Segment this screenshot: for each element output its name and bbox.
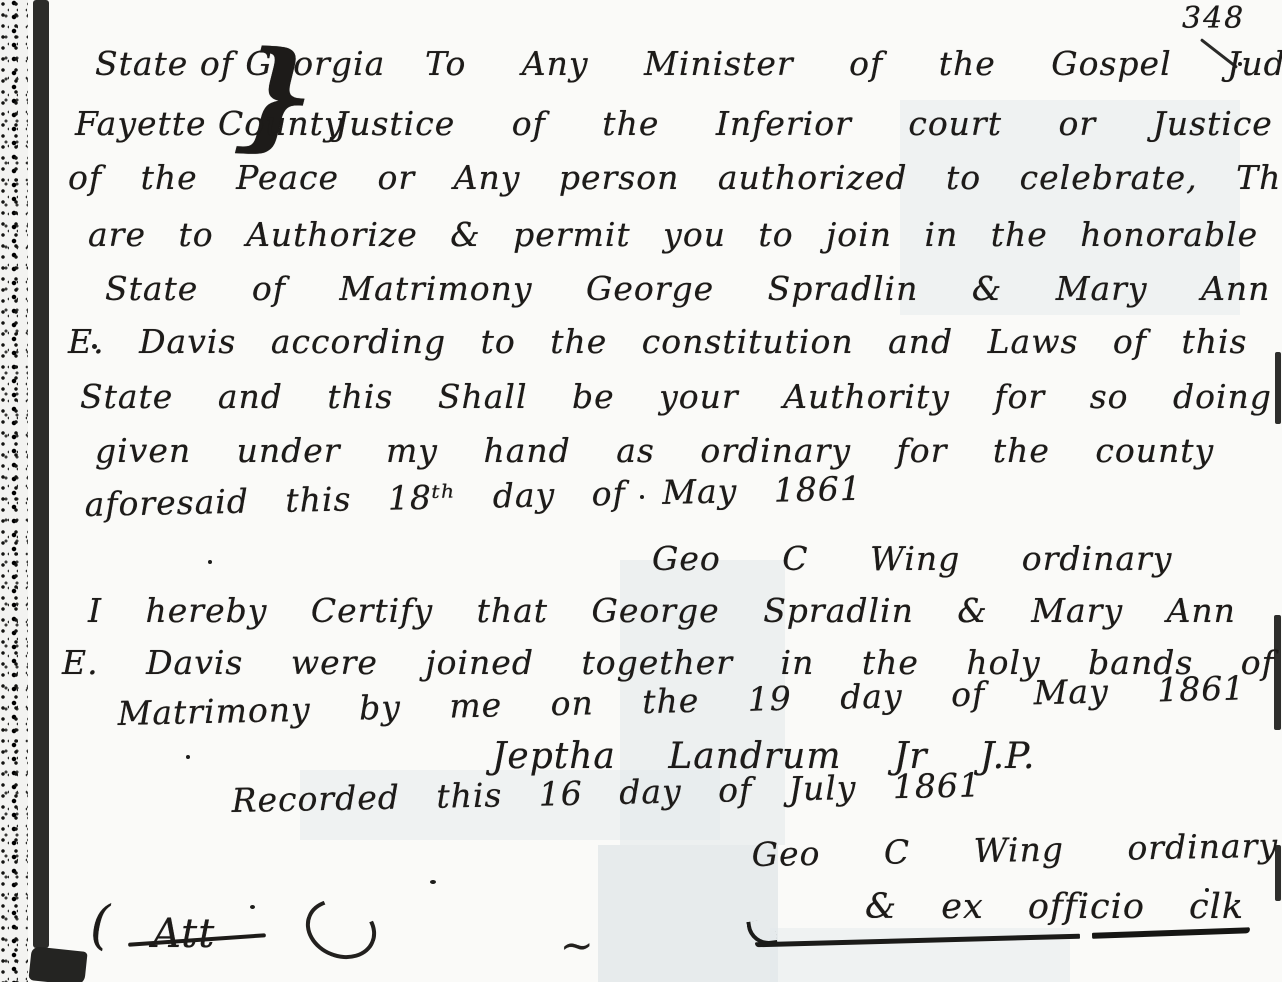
doc-license-line: State and this Shall be your Authority f… [80,379,1272,415]
ink-speck [430,880,436,884]
doc-license-line: State of Matrimony George Spradlin & Mar… [105,271,1270,307]
doc-addressee-line-2: Justice of the Inferior court or Justice [335,106,1273,142]
stray-squiggle-mark: ~ [560,924,595,968]
scan-right-edge-mark [1274,615,1281,730]
recording-signature-line-2: & ex officio clk [865,888,1244,927]
doc-place-line-2: Fayette County [75,106,344,142]
doc-license-line: aforesaid this 18ᵗʰ day of May 1861 [84,471,862,524]
recording-signature-line-1: Geo C Wing ordinary [751,828,1278,873]
doc-certification-line: I hereby Certify that George Spradlin & … [88,593,1236,629]
scan-edge-ink-blob [28,946,87,982]
doc-addressee-line-1: To Any Minister of the Gospel Judge [425,46,1282,82]
ink-speck [250,905,255,909]
stray-paren-mark: ( [90,898,111,955]
ink-speck [186,755,190,759]
scan-edge-noise-band [0,0,28,982]
scanned-marriage-record-page: 348 State of Georgia } To Any Minister o… [0,0,1282,982]
page-number: 348 [1182,2,1245,35]
scan-edge-black-bar [33,0,49,948]
ink-speck [208,560,212,564]
scan-right-edge-mark [1275,352,1281,424]
stray-oval-mark [297,889,385,970]
signature-underline [1092,927,1250,939]
ordinary-signature: Geo C Wing ordinary [652,541,1172,577]
doc-license-line: of the Peace or Any person authorized to… [68,160,1282,196]
doc-license-line: given under my hand as ordinary for the … [95,433,1214,469]
doc-license-line: E. Davis according to the constitution a… [68,324,1247,360]
stray-att-mark: Att [152,912,215,956]
doc-license-line: are to Authorize & permit you to join in… [88,217,1258,253]
